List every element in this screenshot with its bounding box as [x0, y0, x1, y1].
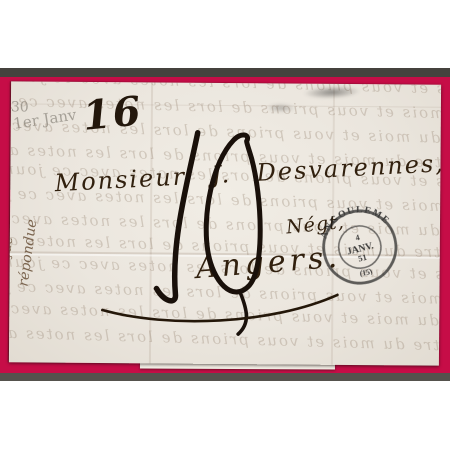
photo-of-folded-letter: nous avons bien votre lettre du mois et …: [0, 0, 450, 450]
folded-letter-front: nous avons bien votre lettre du mois et …: [9, 81, 441, 365]
ink-smudge: [303, 85, 362, 101]
ink-smudge-small: [266, 103, 296, 112]
manuscript-rate-16: 16: [81, 87, 145, 140]
docket-answered: répondue: [16, 218, 41, 287]
cds-year-text: 51: [357, 252, 368, 264]
cds-day-text: 4: [355, 233, 361, 243]
photo-edge-top: [0, 68, 450, 77]
photo-edge-bottom: [0, 373, 450, 381]
docket-received: reçue: [9, 235, 17, 274]
